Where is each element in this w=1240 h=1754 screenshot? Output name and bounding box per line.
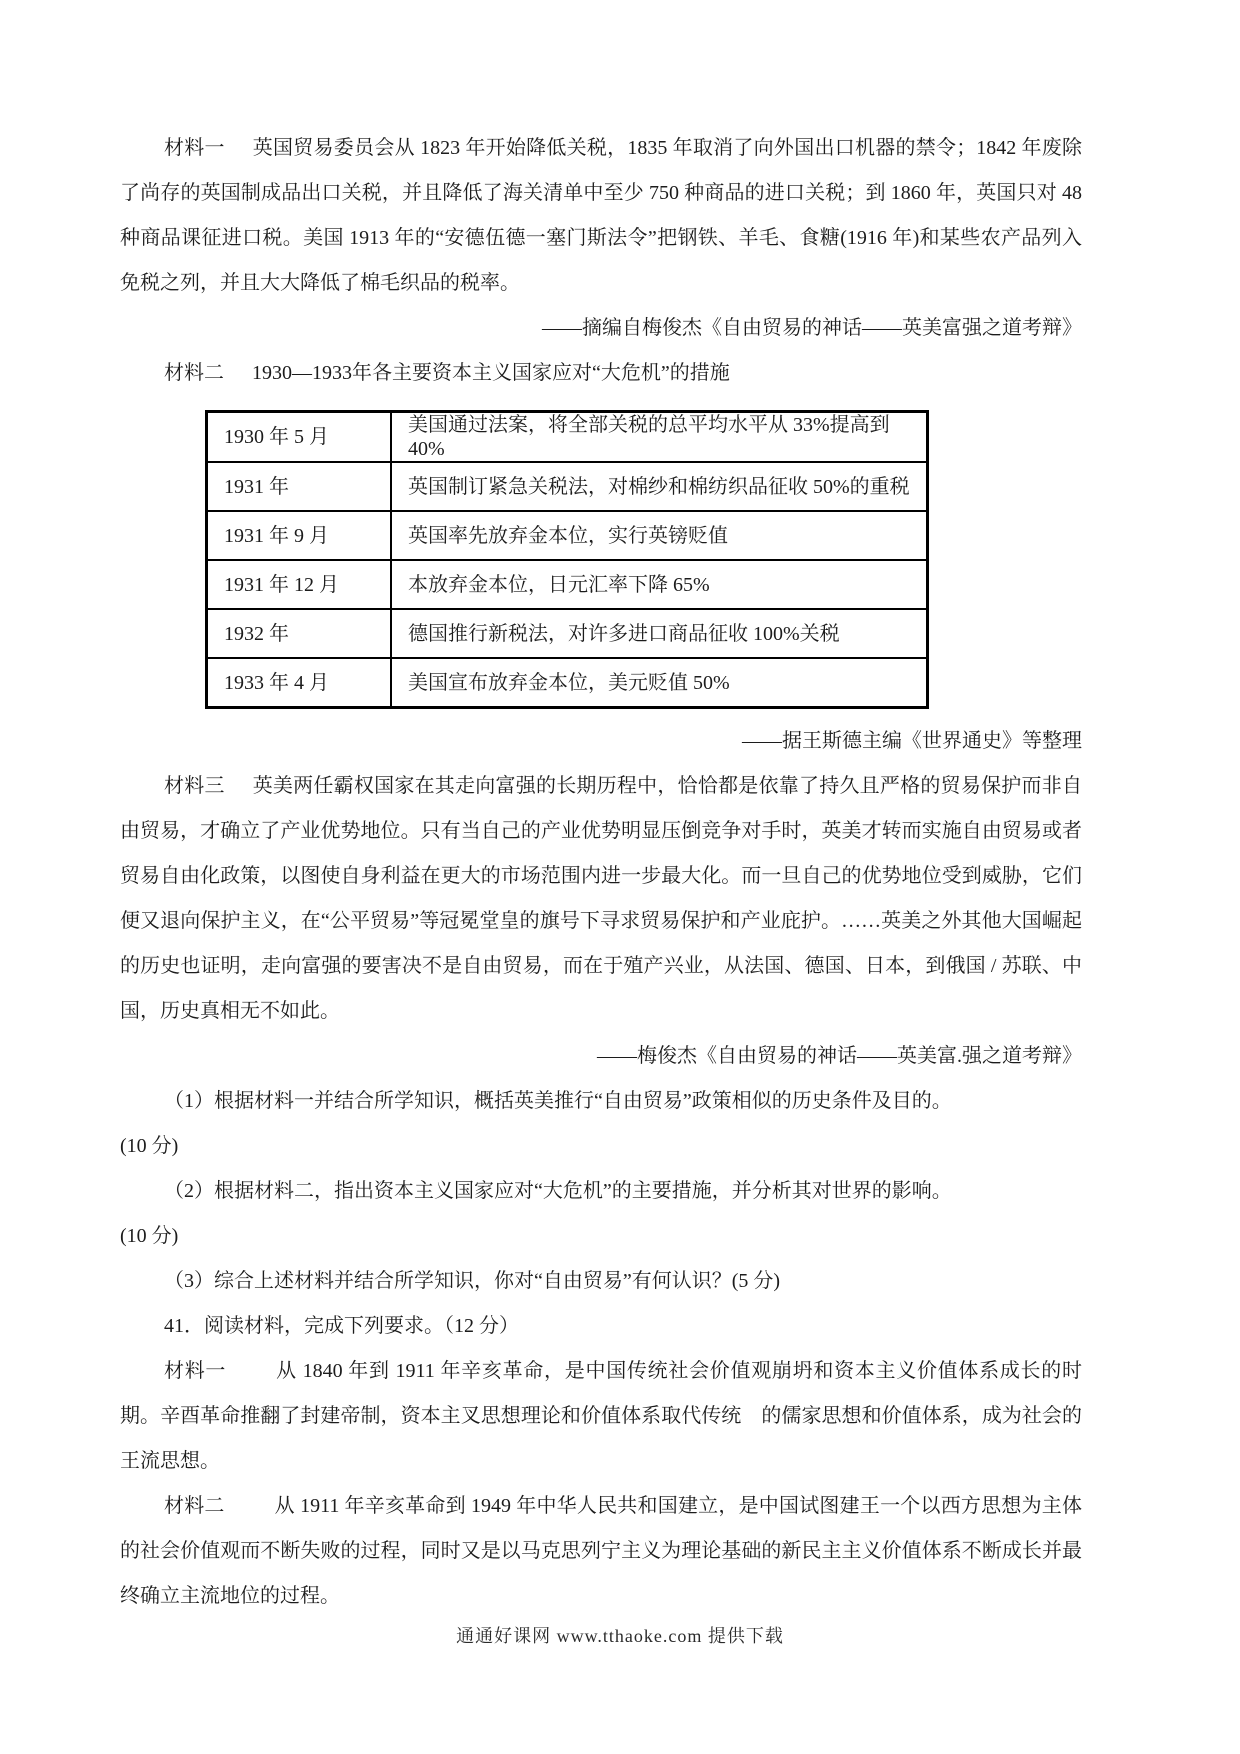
exam-page: 材料一英国贸易委员会从 1823 年开始降低关税，1835 年取消了向外国出口机… [0,0,1240,1754]
table-row: 1933 年 4 月 美国宣布放弃金本位，美元贬值 50% [207,658,928,708]
question-41-heading: 41．阅读材料，完成下列要求。（12 分） [120,1304,1082,1349]
question-1: （1）根据材料一并结合所学知识，概括英美推行“自由贸易”政策相似的历史条件及目的… [120,1079,1082,1124]
material1-label: 材料一 [164,137,225,159]
question-1-score: (10 分) [120,1124,1082,1169]
question-3: （3）综合上述材料并结合所学知识，你对“自由贸易”有何认识？(5 分) [120,1259,1082,1304]
material3-text: 英美两任霸权国家在其走向富强的长期历程中，恰恰都是依靠了持久且严格的贸易保护而非… [120,775,1082,1022]
question-2-score: (10 分) [120,1214,1082,1259]
question-41-material1-paragraph: 材料一从 1840 年到 1911 年辛亥革命，是中国传统社会价值观崩坍和资本主… [120,1349,1082,1484]
crisis-measures-table-body: 1930 年 5 月 美国通过法案，将全部关税的总平均水平从 33%提高到 40… [207,412,928,708]
material2-title: 1930—1933年各主要资本主义国家应对“大危机”的措施 [252,362,730,384]
table-row: 1932 年 德国推行新税法，对许多进口商品征收 100%关税 [207,609,928,658]
question-41-material1-label: 材料一 [164,1360,226,1382]
material2-heading: 材料二1930—1933年各主要资本主义国家应对“大危机”的措施 [120,351,1082,396]
material1-attribution: ——摘编自梅俊杰《自由贸易的神话——英美富强之道考辩》 [120,306,1082,351]
table-cell-measure: 德国推行新税法，对许多进口商品征收 100%关税 [391,609,928,658]
question-2: （2）根据材料二，指出资本主义国家应对“大危机”的主要措施，并分析其对世界的影响… [120,1169,1082,1214]
table-cell-measure: 美国通过法案，将全部关税的总平均水平从 33%提高到 40% [391,412,928,463]
material2-attribution: ——据王斯德主编《世界通史》等整理 [120,719,1082,764]
material3-attribution: ——梅俊杰《自由贸易的神话——英美富.强之道考辩》 [120,1034,1082,1079]
question-41-material2-paragraph: 材料二从 1911 年辛亥革命到 1949 年中华人民共和国建立，是中国试图建王… [120,1484,1082,1619]
crisis-measures-table: 1930 年 5 月 美国通过法案，将全部关税的总平均水平从 33%提高到 40… [205,410,929,709]
table-cell-date: 1931 年 12 月 [207,560,392,609]
table-cell-date: 1931 年 [207,462,392,511]
table-row: 1930 年 5 月 美国通过法案，将全部关税的总平均水平从 33%提高到 40… [207,412,928,463]
table-cell-measure: 美国宣布放弃金本位，美元贬值 50% [391,658,928,708]
table-cell-measure: 英国率先放弃金本位，实行英镑贬值 [391,511,928,560]
material2-label: 材料二 [164,362,224,384]
question-41-material1-text: 从 1840 年到 1911 年辛亥革命，是中国传统社会价值观崩坍和资本主义价值… [120,1360,1082,1472]
material1-text: 英国贸易委员会从 1823 年开始降低关税，1835 年取消了向外国出口机器的禁… [120,137,1082,294]
question-41-material2-text: 从 1911 年辛亥革命到 1949 年中华人民共和国建立，是中国试图建王一个以… [120,1495,1082,1607]
table-cell-date: 1930 年 5 月 [207,412,392,463]
material3-paragraph: 材料三英美两任霸权国家在其走向富强的长期历程中，恰恰都是依靠了持久且严格的贸易保… [120,764,1082,1034]
table-cell-measure: 本放弃金本位，日元汇率下降 65% [391,560,928,609]
question-41-material2-label: 材料二 [164,1495,225,1517]
table-cell-date: 1932 年 [207,609,392,658]
table-cell-date: 1933 年 4 月 [207,658,392,708]
table-row: 1931 年 9 月 英国率先放弃金本位，实行英镑贬值 [207,511,928,560]
material3-label: 材料三 [164,775,225,797]
material1-paragraph: 材料一英国贸易委员会从 1823 年开始降低关税，1835 年取消了向外国出口机… [120,126,1082,306]
table-cell-measure: 英国制订紧急关税法，对棉纱和棉纺织品征收 50%的重税 [391,462,928,511]
table-row: 1931 年 12 月 本放弃金本位，日元汇率下降 65% [207,560,928,609]
table-row: 1931 年 英国制订紧急关税法，对棉纱和棉纺织品征收 50%的重税 [207,462,928,511]
table-cell-date: 1931 年 9 月 [207,511,392,560]
page-footer: 通通好课网 www.tthaoke.com 提供下载 [0,1622,1240,1648]
